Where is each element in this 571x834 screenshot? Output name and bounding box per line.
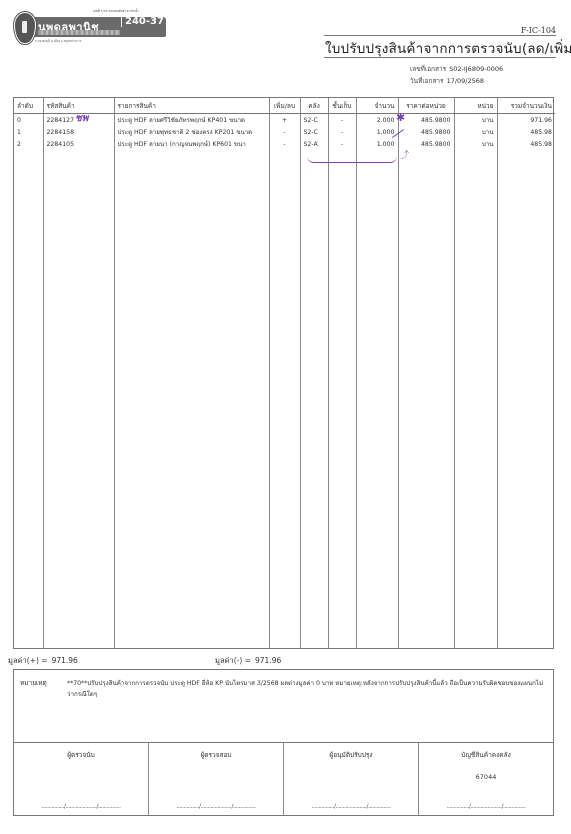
col-desc: รายการสินค้า — [114, 98, 269, 114]
company-tagline — [38, 30, 120, 35]
signature-section: ผู้ตรวจนับ ................/............… — [13, 742, 554, 816]
doc-date: วันที่เอกสาร17/09/2568 — [410, 76, 484, 86]
cell-shelf: - — [328, 126, 356, 138]
company-address: ถ.กรุงธนบุรี อ.เมือง จ.สมุทรปราการ — [35, 39, 81, 44]
signature-date-line: ................/....................../… — [427, 803, 545, 810]
total-plus-label: มูลค่า(+) = — [8, 656, 48, 665]
col-shelf: ชั้นเก็บ — [328, 98, 356, 114]
cell-desc: ประตู HDF ลายนา (กาญจนพฤกษ์) KP601 ขนา — [114, 138, 269, 150]
remarks-text: **70**ปรับปรุงสินค้าจากการตรวจนับ ประตู … — [67, 678, 547, 700]
document-title: ใบปรับปรุงสินค้าจากการตรวจนับ(ลด/เพิ่ม) — [325, 37, 571, 59]
cell-code: 2284158 — [43, 126, 114, 138]
total-minus-value: 971.96 — [255, 656, 281, 665]
signature-title: ผู้ตรวจนับ — [14, 750, 148, 760]
company-phone: 240-377 — [121, 16, 171, 27]
table-header-row: ลำดับ รหัสสินค้า รายการสินค้า เพิ่ม/ลบ ค… — [14, 98, 555, 114]
col-warehouse: คลัง — [300, 98, 328, 114]
water-drop-logo-icon — [14, 12, 36, 44]
total-minus: มูลค่า(-) =971.96 — [215, 655, 281, 667]
cell-total: 485.98 — [497, 138, 555, 150]
doc-number: เลขที่เอกสารS02-IJ6809-0006 — [410, 64, 503, 74]
cell-price: 485.9800 — [398, 126, 454, 138]
cell-seq: 1 — [14, 126, 43, 138]
doc-number-value: S02-IJ6809-0006 — [449, 65, 503, 73]
handwritten-initials: ชพ — [75, 111, 88, 126]
arrow-mark-icon: ⤴ — [400, 148, 409, 161]
doc-number-label: เลขที่เอกสาร — [410, 65, 446, 73]
signature-date-line: ................/....................../… — [157, 803, 275, 810]
signature-value: 67044 — [419, 773, 553, 781]
table-row: 1 2284158 ประตู HDF ลายพุทธชาติ 2 ช่องตร… — [14, 126, 555, 138]
cell-warehouse: S2-C — [300, 114, 328, 127]
signature-title: ผู้ตรวจสอบ — [149, 750, 283, 760]
signature-title: ผู้อนุมัติปรับปรุง — [284, 750, 418, 760]
cell-shelf: - — [328, 138, 356, 150]
total-minus-label: มูลค่า(-) = — [215, 656, 251, 665]
cell-sign: - — [269, 138, 300, 150]
cell-qty: 1.000 — [356, 138, 398, 150]
cell-desc: ประตู HDF ลายศรีวิชัยภัทรพฤกษ์ KP401 ขนา… — [114, 114, 269, 127]
cell-warehouse: S2-A — [300, 138, 328, 150]
table-row: 2 2284105 ประตู HDF ลายนา (กาญจนพฤกษ์) K… — [14, 138, 555, 150]
cell-seq: 2 — [14, 138, 43, 150]
cell-unit: บาน — [454, 114, 497, 127]
col-price: ราคาต่อหน่วย — [398, 98, 454, 114]
title-rule-bottom — [324, 57, 556, 58]
cell-code: 2284105 — [43, 138, 114, 150]
cell-total: 485.98 — [497, 126, 555, 138]
col-sign: เพิ่ม/ลบ — [269, 98, 300, 114]
cell-shelf: - — [328, 114, 356, 127]
underline-mark — [307, 156, 397, 163]
signature-counter: ผู้ตรวจนับ ................/............… — [14, 743, 149, 815]
star-mark-icon: ✱ — [396, 111, 405, 124]
cell-price: 485.9800 — [398, 114, 454, 127]
remarks-label: หมายเหตุ — [20, 678, 47, 688]
signature-date-line: ................/....................../… — [22, 803, 140, 810]
cell-unit: บาน — [454, 138, 497, 150]
doc-date-value: 17/09/2568 — [447, 77, 484, 85]
title-rule-top — [324, 35, 556, 36]
cell-seq: 0 — [14, 114, 43, 127]
total-plus-value: 971.96 — [52, 656, 78, 665]
signature-date-line: ................/....................../… — [292, 803, 410, 810]
signature-checker: ผู้ตรวจสอบ ................/............… — [149, 743, 284, 815]
cell-warehouse: S2-C — [300, 126, 328, 138]
signature-approver: ผู้อนุมัติปรับปรุง ................/....… — [284, 743, 419, 815]
signature-title: บัญชีสินค้าคงคลัง — [419, 750, 553, 760]
form-code: F-IC-104 — [521, 26, 556, 35]
cell-total: 971.96 — [497, 114, 555, 127]
items-table: ลำดับ รหัสสินค้า รายการสินค้า เพิ่ม/ลบ ค… — [13, 97, 554, 649]
doc-date-label: วันที่เอกสาร — [410, 77, 444, 85]
cell-desc: ประตู HDF ลายพุทธชาติ 2 ช่องตรง KP201 ขน… — [114, 126, 269, 138]
cell-sign: + — [269, 114, 300, 127]
remarks-box: หมายเหตุ **70**ปรับปรุงสินค้าจากการตรวจน… — [13, 669, 554, 743]
col-total: รวมจำนวนเงิน — [497, 98, 555, 114]
col-seq: ลำดับ — [14, 98, 43, 114]
company-info-line: เลขที่ 1/37 ถนนชมจันทร์ ต.ปากน้ำ — [93, 9, 139, 14]
cell-unit: บาน — [454, 126, 497, 138]
table-empty-space — [14, 150, 555, 648]
col-unit: หน่วย — [454, 98, 497, 114]
cell-qty: 2.000 — [356, 114, 398, 127]
total-plus: มูลค่า(+) =971.96 — [8, 655, 78, 667]
col-qty: จำนวน — [356, 98, 398, 114]
cell-sign: - — [269, 126, 300, 138]
table-row: 0 2284127 ประตู HDF ลายศรีวิชัยภัทรพฤกษ์… — [14, 114, 555, 127]
signature-inventory-accounting: บัญชีสินค้าคงคลัง 67044 ................… — [419, 743, 553, 815]
